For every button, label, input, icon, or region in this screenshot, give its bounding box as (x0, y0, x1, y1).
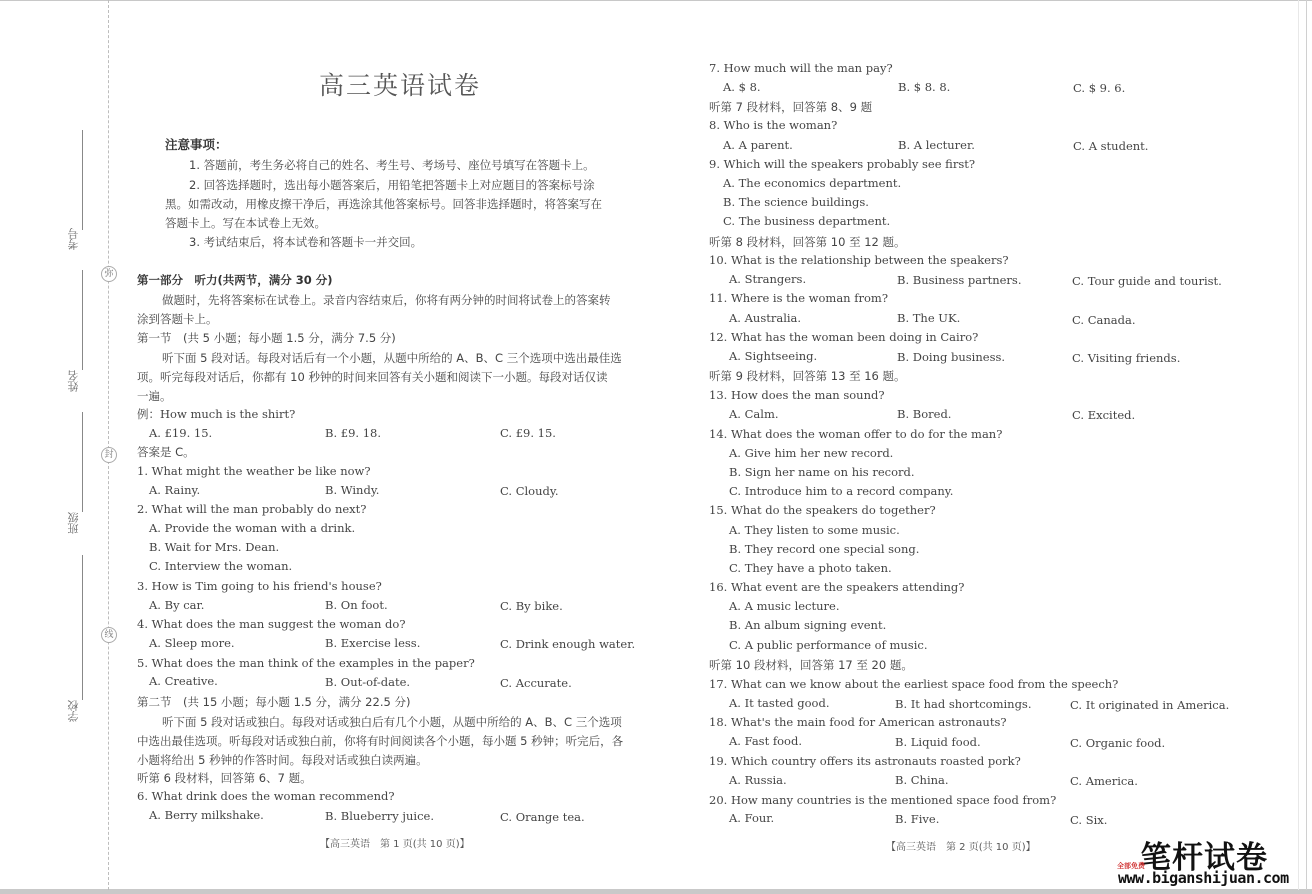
question-6: 6. What drink does the woman recommend? (137, 789, 395, 803)
page1-footer: 【高三英语 第 1 页(共 10 页)】 (320, 835, 470, 850)
notice-item-2-cont2: 答题卡上。写在本试卷上无效。 (165, 215, 326, 231)
q14-option-c: C. Introduce him to a record company. (729, 484, 953, 498)
q8-option-a: A. A parent. (723, 138, 793, 152)
part1-intro-2: 涂到答题卡上。 (137, 311, 218, 327)
q10-option-a: A. Strangers. (729, 272, 806, 286)
question-13: 13. How does the man sound? (709, 388, 885, 402)
q1-option-b: B. Windy. (325, 483, 379, 497)
example-option-b: B. £9. 18. (325, 426, 381, 440)
q2-option-a: A. Provide the woman with a drink. (149, 521, 355, 535)
question-19: 19. Which country offers its astronauts … (709, 754, 1021, 768)
section1-intro-1: 听下面 5 段对话。每段对话后有一个小题，从题中所给的 A、B、C 三个选项中选… (162, 350, 622, 366)
notice-item-1: 1. 答题前，考生务必将自己的姓名、考生号、考场号、座位号填写在答题卡上。 (189, 157, 595, 173)
q9-option-b: B. The science buildings. (723, 195, 869, 209)
q12-option-a: A. Sightseeing. (729, 349, 817, 363)
q16-option-c: C. A public performance of music. (729, 638, 927, 652)
exam-number-label: 考号 (66, 228, 82, 250)
page-title: 高三英语试卷 (300, 66, 500, 102)
binding-dotted-line (108, 0, 109, 890)
material-6-header: 听第 6 段材料，回答第 6、7 题。 (137, 770, 312, 786)
q3-option-b: B. On foot. (325, 598, 388, 612)
q9-option-a: A. The economics department. (723, 176, 901, 190)
q8-option-c: C. A student. (1073, 139, 1148, 153)
exam-number-line (82, 130, 83, 230)
example-option-a: A. £19. 15. (149, 426, 212, 440)
q18-option-c: C. Organic food. (1070, 736, 1165, 750)
q11-option-b: B. The UK. (897, 311, 960, 325)
example-answer: 答案是 C。 (137, 444, 195, 460)
top-border (0, 0, 1312, 1)
q1-option-a: A. Rainy. (149, 483, 200, 497)
example-option-c: C. £9. 15. (500, 426, 556, 440)
seal-mark-feng: 封 (101, 447, 117, 463)
q19-option-a: A. Russia. (729, 773, 787, 787)
question-17: 17. What can we know about the earliest … (709, 677, 1118, 691)
class-label: 班级 (66, 512, 82, 534)
q13-option-b: B. Bored. (897, 407, 951, 421)
q2-option-b: B. Wait for Mrs. Dean. (149, 540, 279, 554)
question-10: 10. What is the relationship between the… (709, 253, 1009, 267)
example-question: 例：How much is the shirt? (137, 406, 295, 422)
q20-option-c: C. Six. (1070, 813, 1107, 827)
seal-mark-xian: 线 (101, 627, 117, 643)
q18-option-b: B. Liquid food. (895, 735, 981, 749)
part1-heading: 第一部分 听力(共两节，满分 30 分) (137, 272, 333, 288)
q11-option-a: A. Australia. (729, 311, 801, 325)
question-1: 1. What might the weather be like now? (137, 464, 371, 478)
q8-option-b: B. A lecturer. (898, 138, 975, 152)
q16-option-a: A. A music lecture. (729, 599, 839, 613)
question-15: 15. What do the speakers do together? (709, 503, 936, 517)
section1-intro-3: 一遍。 (137, 388, 172, 404)
school-label: 学校 (66, 700, 82, 722)
q10-option-b: B. Business partners. (897, 273, 1021, 287)
q10-option-c: C. Tour guide and tourist. (1072, 274, 1222, 288)
question-18: 18. What's the main food for American as… (709, 715, 1007, 729)
notice-item-2-cont: 黑。如需改动，用橡皮擦干净后，再选涂其他答案标号。回答非选择题时，将答案写在 (165, 196, 602, 212)
q9-option-c: C. The business department. (723, 214, 890, 228)
material-8-header: 听第 8 段材料，回答第 10 至 12 题。 (709, 234, 906, 250)
q13-option-c: C. Excited. (1072, 408, 1135, 422)
q18-option-a: A. Fast food. (729, 734, 802, 748)
q6-option-c: C. Orange tea. (500, 810, 585, 824)
q17-option-a: A. It tasted good. (729, 696, 830, 710)
notice-item-2: 2. 回答选择题时，选出每小题答案后，用铅笔把答题卡上对应题目的答案标号涂 (189, 177, 595, 193)
watermark-url[interactable]: www.biganshijuan.com (1118, 869, 1289, 887)
question-2: 2. What will the man probably do next? (137, 502, 366, 516)
q11-option-c: C. Canada. (1072, 313, 1136, 327)
class-line (82, 412, 83, 512)
material-9-header: 听第 9 段材料，回答第 13 至 16 题。 (709, 368, 906, 384)
school-line (82, 555, 83, 700)
q14-option-a: A. Give him her new record. (729, 446, 893, 460)
question-16: 16. What event are the speakers attendin… (709, 580, 964, 594)
section2-heading: 第二节 (共 15 小题；每小题 1.5 分，满分 22.5 分) (137, 694, 410, 710)
q20-option-a: A. Four. (729, 811, 774, 825)
section1-heading: 第一节 (共 5 小题；每小题 1.5 分，满分 7.5 分) (137, 330, 396, 346)
q12-option-c: C. Visiting friends. (1072, 351, 1180, 365)
material-7-header: 听第 7 段材料，回答第 8、9 题 (709, 99, 872, 115)
page2-footer: 【高三英语 第 2 页(共 10 页)】 (886, 838, 1036, 853)
q16-option-b: B. An album signing event. (729, 618, 886, 632)
section2-intro-3: 小题将给出 5 秒钟的作答时间。每段对话或独白读两遍。 (137, 752, 428, 768)
question-11: 11. Where is the woman from? (709, 291, 888, 305)
question-12: 12. What has the woman been doing in Cai… (709, 330, 978, 344)
q4-option-c: C. Drink enough water. (500, 637, 635, 651)
q17-option-b: B. It had shortcomings. (895, 697, 1031, 711)
q6-option-a: A. Berry milkshake. (149, 808, 264, 822)
q6-option-b: B. Blueberry juice. (325, 809, 434, 823)
q7-option-c: C. $ 9. 6. (1073, 81, 1125, 95)
right-border (1306, 0, 1307, 890)
question-3: 3. How is Tim going to his friend's hous… (137, 579, 382, 593)
q1-option-c: C. Cloudy. (500, 484, 559, 498)
bottom-border (0, 889, 1312, 894)
question-4: 4. What does the man suggest the woman d… (137, 617, 406, 631)
q20-option-b: B. Five. (895, 812, 939, 826)
q15-option-c: C. They have a photo taken. (729, 561, 892, 575)
q19-option-b: B. China. (895, 773, 949, 787)
question-5: 5. What does the man think of the exampl… (137, 656, 475, 670)
q12-option-b: B. Doing business. (897, 350, 1005, 364)
name-label: 姓名 (66, 370, 82, 392)
q15-option-b: B. They record one special song. (729, 542, 919, 556)
q13-option-a: A. Calm. (729, 407, 779, 421)
q15-option-a: A. They listen to some music. (729, 523, 900, 537)
notice-item-3: 3. 考试结束后，将本试卷和答题卡一并交回。 (189, 234, 422, 250)
material-10-header: 听第 10 段材料，回答第 17 至 20 题。 (709, 657, 913, 673)
question-8: 8. Who is the woman? (709, 118, 837, 132)
name-line (82, 270, 83, 370)
section1-intro-2: 项。听完每段对话后，你都有 10 秒钟的时间来回答有关小题和阅读下一小题。每段对… (137, 369, 607, 385)
q5-option-c: C. Accurate. (500, 676, 572, 690)
q7-option-b: B. $ 8. 8. (898, 80, 950, 94)
q4-option-a: A. Sleep more. (149, 636, 235, 650)
q14-option-b: B. Sign her name on his record. (729, 465, 915, 479)
question-14: 14. What does the woman offer to do for … (709, 427, 1002, 441)
question-7: 7. How much will the man pay? (709, 61, 893, 75)
seal-mark-mi: 弥 (101, 266, 117, 282)
section2-intro-2: 中选出最佳选项。听每段对话或独白前，你将有时间阅读各个小题，每小题 5 秒钟；听… (137, 733, 623, 749)
q17-option-c: C. It originated in America. (1070, 698, 1229, 712)
part1-intro-1: 做题时，先将答案标在试卷上。录音内容结束后，你将有两分钟的时间将试卷上的答案转 (162, 292, 611, 308)
q3-option-c: C. By bike. (500, 599, 563, 613)
q2-option-c: C. Interview the woman. (149, 559, 292, 573)
q4-option-b: B. Exercise less. (325, 636, 420, 650)
q19-option-c: C. America. (1070, 774, 1138, 788)
q5-option-a: A. Creative. (149, 674, 218, 688)
q7-option-a: A. $ 8. (723, 80, 761, 94)
q5-option-b: B. Out-of-date. (325, 675, 410, 689)
question-20: 20. How many countries is the mentioned … (709, 793, 1056, 807)
q3-option-a: A. By car. (149, 598, 204, 612)
question-9: 9. Which will the speakers probably see … (709, 157, 975, 171)
right-border-inner (1298, 0, 1299, 890)
section2-intro-1: 听下面 5 段对话或独白。每段对话或独白后有几个小题，从题中所给的 A、B、C … (162, 714, 622, 730)
notice-heading: 注意事项： (165, 135, 228, 153)
